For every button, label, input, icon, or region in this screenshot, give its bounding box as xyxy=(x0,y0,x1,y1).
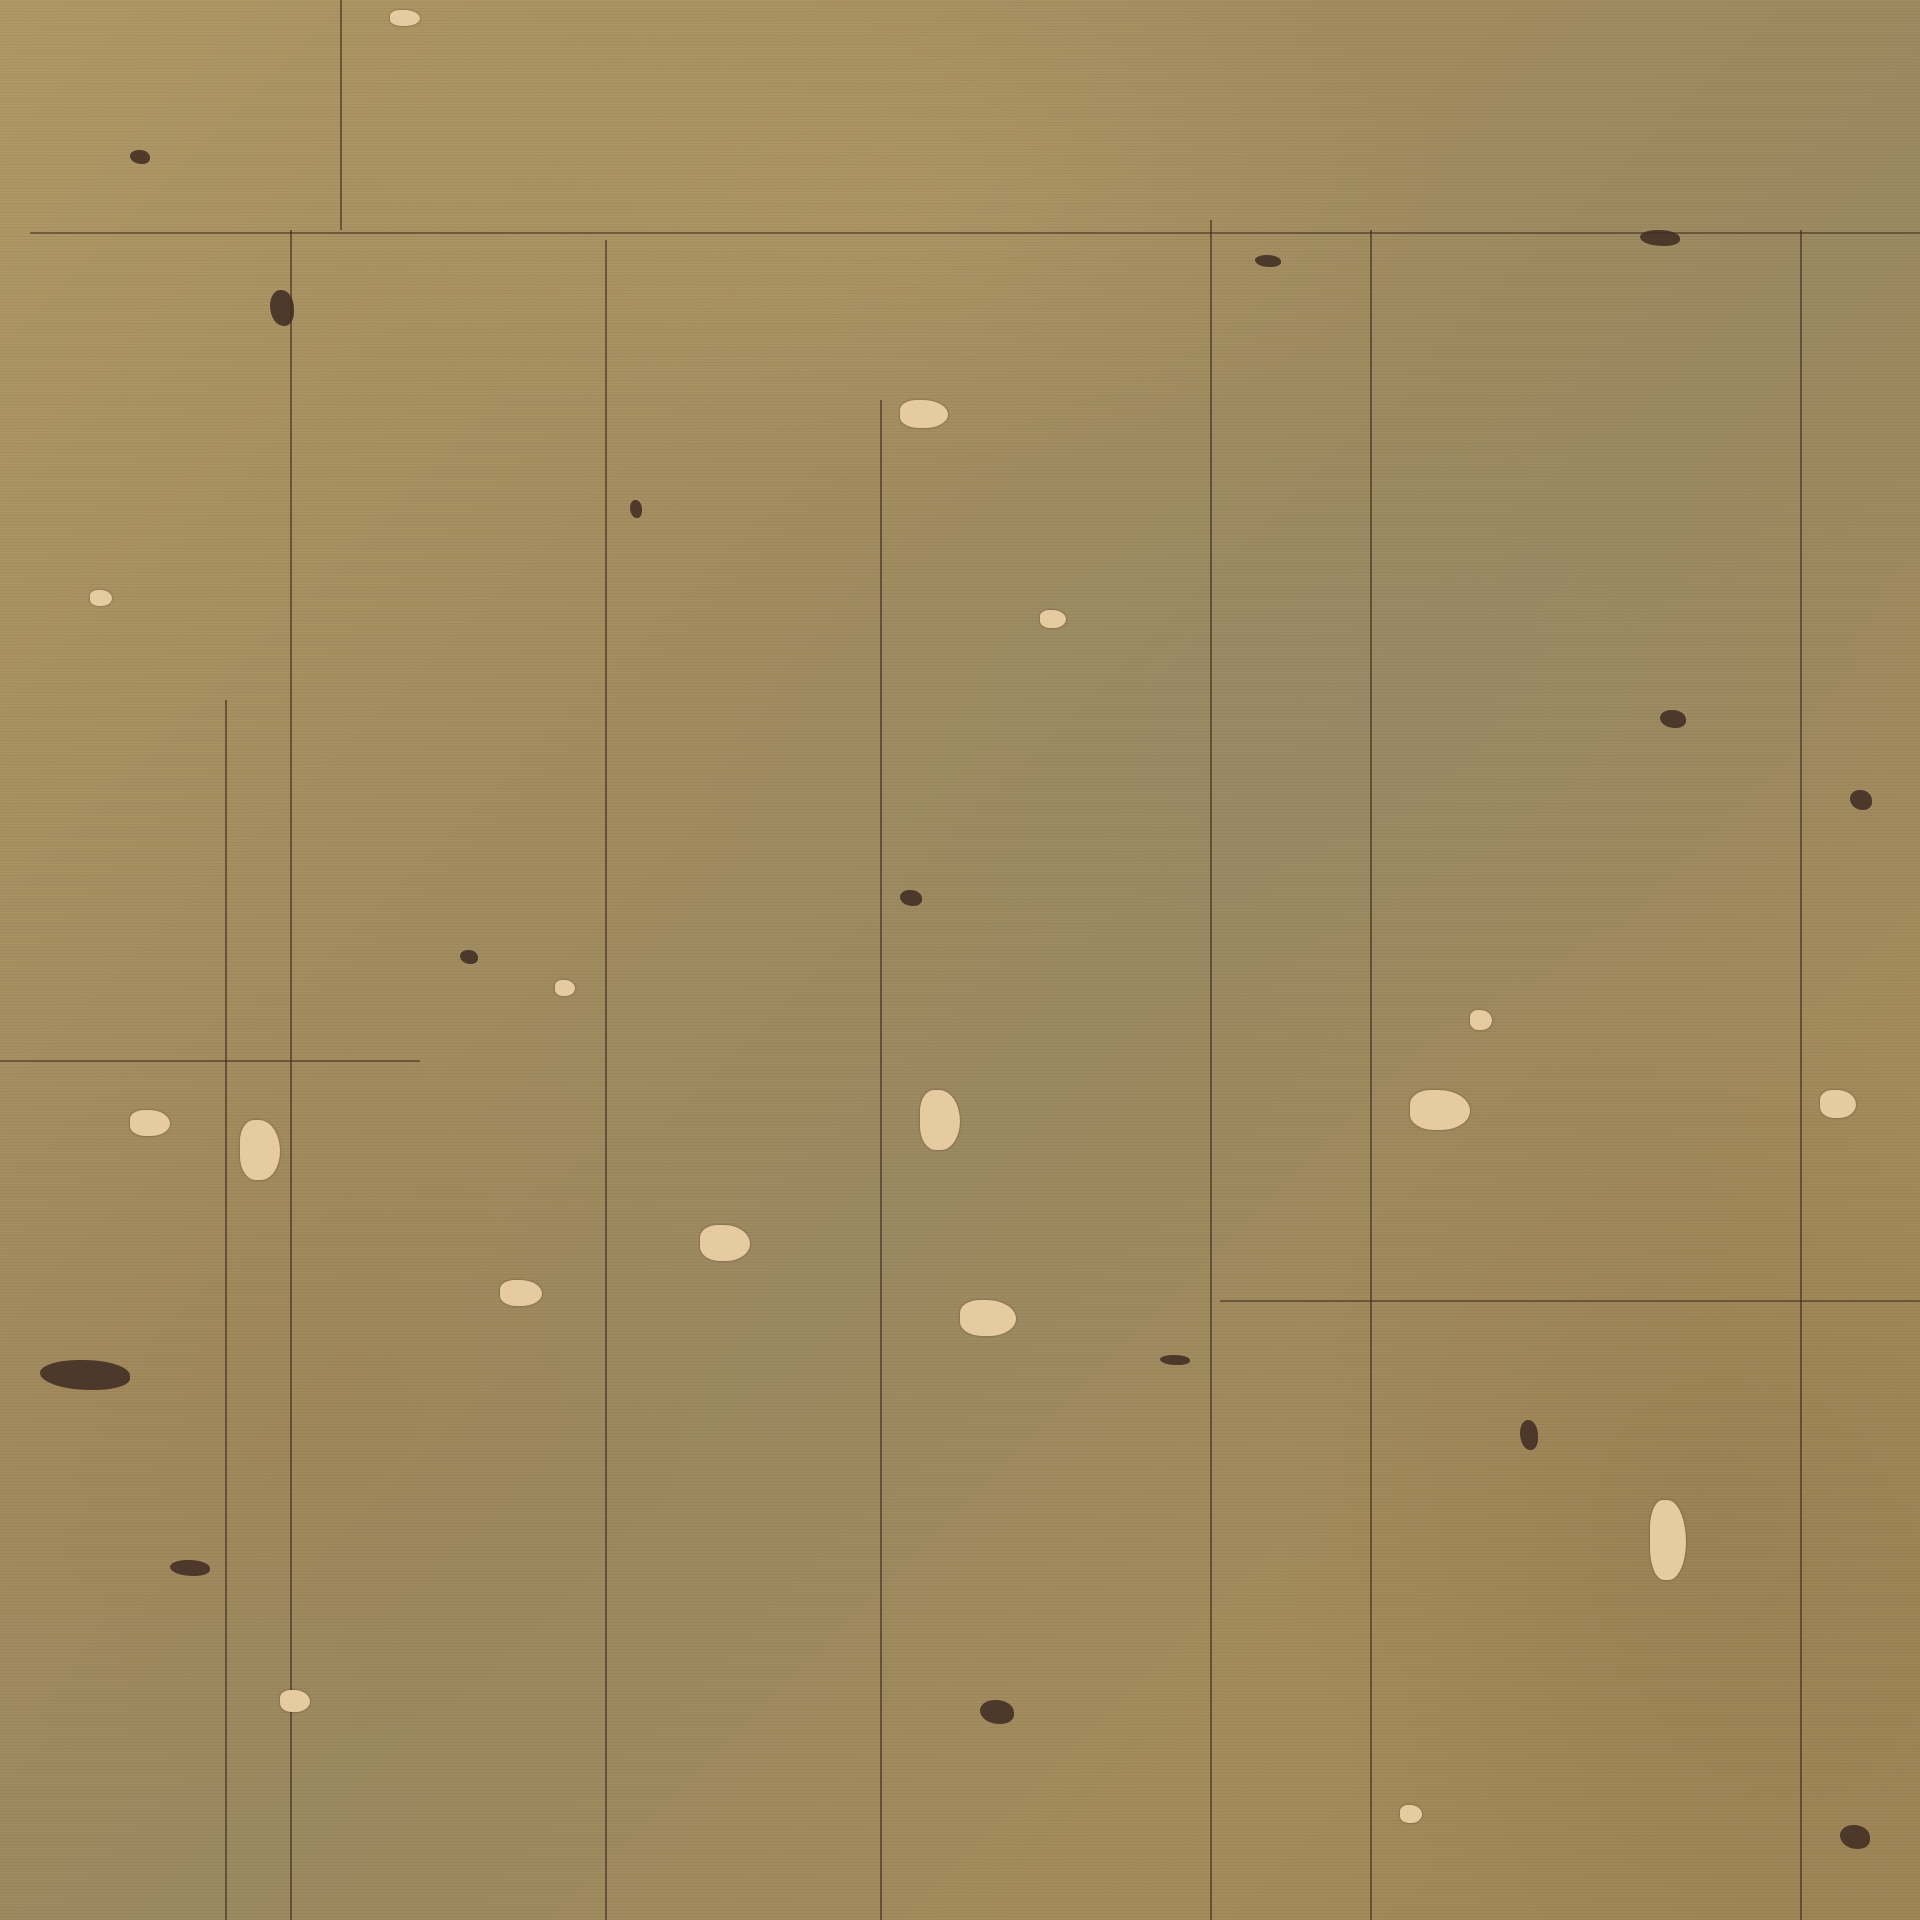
tile-seam-vertical xyxy=(605,240,607,1920)
cork-texture-image xyxy=(0,0,1920,1920)
gold-highlight-chip xyxy=(500,1280,542,1306)
tile-seam-vertical xyxy=(290,230,292,1920)
tile-seam-horizontal xyxy=(1220,1300,1920,1302)
tile-seam-vertical xyxy=(225,700,227,1920)
gold-highlight-chip xyxy=(1040,610,1066,628)
tile-seam-vertical xyxy=(1210,220,1212,1920)
tile-seam-horizontal xyxy=(30,232,1920,234)
dark-fleck xyxy=(1255,255,1281,267)
tile-seam-vertical xyxy=(1800,230,1802,1920)
gold-highlight-chip xyxy=(1410,1090,1470,1130)
dark-fleck xyxy=(1520,1420,1538,1450)
tile-seam-vertical xyxy=(340,0,342,230)
gold-highlight-chip xyxy=(960,1300,1016,1336)
gold-highlight-chip xyxy=(920,1090,960,1150)
gold-highlight-chip xyxy=(390,10,420,26)
gold-highlight-chip xyxy=(1470,1010,1492,1030)
gold-highlight-chip xyxy=(90,590,112,606)
gold-highlight-chip xyxy=(1820,1090,1856,1118)
dark-fleck xyxy=(1660,710,1686,728)
gold-highlight-chip xyxy=(240,1120,280,1180)
dark-fleck xyxy=(1850,790,1872,810)
gold-highlight-chip xyxy=(1400,1805,1422,1823)
gold-highlight-chip xyxy=(700,1225,750,1261)
gold-highlight-chip xyxy=(900,400,948,428)
gold-highlight-chip xyxy=(1650,1500,1686,1580)
dark-fleck xyxy=(130,150,150,164)
dark-fleck xyxy=(900,890,922,906)
tile-seam-horizontal xyxy=(0,1060,420,1062)
dark-fleck xyxy=(630,500,642,518)
gold-highlight-chip xyxy=(130,1110,170,1136)
dark-fleck xyxy=(460,950,478,964)
gold-highlight-chip xyxy=(555,980,575,996)
tile-seam-vertical xyxy=(1370,230,1372,1920)
gold-highlight-chip xyxy=(280,1690,310,1712)
dark-fleck xyxy=(270,290,294,326)
texture-grain xyxy=(0,0,1920,1920)
tile-seam-vertical xyxy=(880,400,882,1920)
